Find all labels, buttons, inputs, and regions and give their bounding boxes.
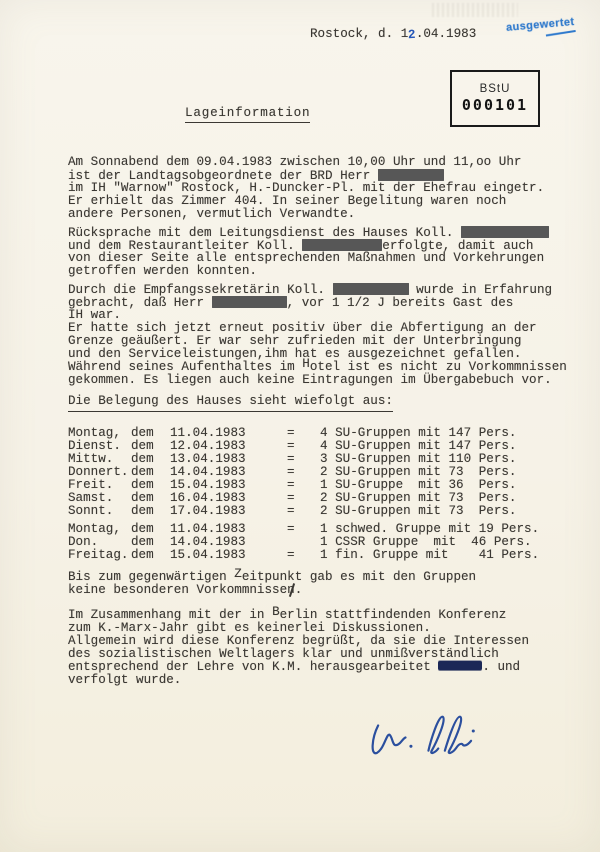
table-cell: Sonnt. — [68, 505, 131, 518]
handwritten-digit: 2 — [408, 28, 416, 42]
ausgewertet-stamp: ausgewertet — [506, 16, 575, 34]
table-cell: = — [287, 505, 320, 518]
table-cell: Montag, — [68, 523, 131, 536]
table-cell: 14.04.1983 — [170, 466, 287, 479]
section-heading: Die Belegung des Hauses sieht wiefolgt a… — [68, 394, 573, 412]
text-segment: IH war. — [68, 308, 121, 322]
occupancy-table: Montag,dem11.04.1983=1 schwed. Gruppe mi… — [68, 523, 573, 562]
table-cell: = — [287, 466, 320, 479]
text-segment: des sozialistischen Weltlagers klar und … — [68, 647, 499, 661]
table-row: Freitag.dem15.04.1983=1 fin. Gruppe mit … — [68, 549, 573, 562]
redaction-box — [302, 239, 382, 251]
table-cell: 3 SU-Gruppen mit 110 Pers. — [320, 453, 573, 466]
table-cell — [287, 536, 320, 549]
table-cell: dem — [131, 427, 170, 440]
table-cell: Freit. — [68, 479, 131, 492]
table-row: Freit.dem15.04.1983=1 SU-Gruppe mit 36 P… — [68, 479, 573, 492]
table-cell: dem — [131, 523, 170, 536]
table-row: Sonnt.dem17.04.1983=2 SU-Gruppen mit 73 … — [68, 505, 573, 518]
redaction-box — [378, 169, 444, 181]
text-segment: Im Zusammenhang mit der in — [68, 608, 272, 622]
table-cell: 1 fin. Gruppe mit 41 Pers. — [320, 549, 573, 562]
struck-character: n — [287, 584, 295, 597]
text-segment: getroffen werden konnten. — [68, 264, 257, 278]
table-cell: 13.04.1983 — [170, 453, 287, 466]
table-cell: Samst. — [68, 492, 131, 505]
table-cell: = — [287, 492, 320, 505]
redaction-box — [212, 296, 287, 308]
table-row: Donnert.dem14.04.1983=2 SU-Gruppen mit 7… — [68, 466, 573, 479]
table-cell: 14.04.1983 — [170, 536, 287, 549]
text-segment: von dieser Seite alle entsprechenden Maß… — [68, 251, 544, 265]
bstu-label: BStU — [480, 83, 511, 95]
dateline-prefix: Rostock, d. 1 — [310, 27, 408, 41]
raised-character: Z — [234, 567, 242, 581]
table-cell: Montag, — [68, 427, 131, 440]
text-segment: Während seines Aufenthaltes im — [68, 360, 302, 374]
text-line: gekommen. Es liegen auch keine Eintragun… — [68, 374, 573, 387]
text-segment: im IH "Warnow" Rostock, H.-Duncker-Pl. m… — [68, 181, 544, 195]
text-segment: . und — [482, 660, 520, 674]
table-cell: dem — [131, 479, 170, 492]
text-segment: Grenze geäußert. Er war sehr zufrieden m… — [68, 334, 521, 348]
table-row: Mittw.dem13.04.1983=3 SU-Gruppen mit 110… — [68, 453, 573, 466]
table-cell: 1 schwed. Gruppe mit 19 Pers. — [320, 523, 573, 536]
text-segment: otel ist es nicht zu Vorkommnissen — [310, 360, 567, 374]
table-cell: 11.04.1983 — [170, 523, 287, 536]
table-cell: Donnert. — [68, 466, 131, 479]
text-segment: erlin stattfindenden Konferenz — [280, 608, 507, 622]
paragraph: Im Zusammenhang mit der in Berlin stattf… — [68, 609, 573, 687]
text-line: Rücksprache mit dem Leitungsdienst des H… — [68, 226, 573, 239]
table-cell: 1 CSSR Gruppe mit 46 Pers. — [320, 536, 573, 549]
body-blocks: Am Sonnabend dem 09.04.1983 zwischen 10,… — [68, 156, 573, 687]
text-segment: Durch die Empfangssekretärin Koll. — [68, 283, 333, 297]
text-segment: andere Personen, vermutlich Verwandte. — [68, 207, 355, 221]
ink-scribble-redaction — [438, 661, 482, 670]
table-cell: = — [287, 440, 320, 453]
table-cell: 15.04.1983 — [170, 549, 287, 562]
text-segment: entsprechend der Lehre von K.M. herausge… — [68, 660, 438, 674]
dateline-suffix: .04.1983 — [416, 27, 476, 41]
text-segment: verfolgt wurde. — [68, 673, 181, 687]
text-line: verfolgt wurde. — [68, 674, 573, 687]
table-cell: 1 SU-Gruppe mit 36 Pers. — [320, 479, 573, 492]
table-row: Dienst.dem12.04.1983=4 SU-Gruppen mit 14… — [68, 440, 573, 453]
signature-autograph — [365, 703, 540, 783]
text-line: gebracht, daß Herr , vor 1 1/2 J bereits… — [68, 296, 573, 309]
table-row: Samst.dem16.04.1983=2 SU-Gruppen mit 73 … — [68, 492, 573, 505]
paragraph: Rücksprache mit dem Leitungsdienst des H… — [68, 226, 573, 278]
table-cell: 2 SU-Gruppen mit 73 Pers. — [320, 492, 573, 505]
text-segment: keine besonderen Vorkommnisse — [68, 583, 287, 597]
raised-character: B — [272, 605, 280, 619]
text-segment: . — [295, 583, 303, 597]
table-cell: Mittw. — [68, 453, 131, 466]
table-cell: 11.04.1983 — [170, 427, 287, 440]
redaction-box — [461, 226, 549, 238]
table-cell: 2 SU-Gruppen mit 73 Pers. — [320, 505, 573, 518]
text-line: getroffen werden konnten. — [68, 265, 573, 278]
table-cell: Dienst. — [68, 440, 131, 453]
table-cell: dem — [131, 453, 170, 466]
table-cell: = — [287, 549, 320, 562]
table-cell: 2 SU-Gruppen mit 73 Pers. — [320, 466, 573, 479]
paragraph: Durch die Empfangssekretärin Koll. wurde… — [68, 283, 573, 387]
table-cell: dem — [131, 492, 170, 505]
text-line: andere Personen, vermutlich Verwandte. — [68, 208, 573, 221]
text-segment: eitpunkt gab es mit den Gruppen — [242, 570, 476, 584]
table-cell: = — [287, 523, 320, 536]
dateline: Rostock, d. 12.04.1983 — [310, 27, 476, 41]
table-cell: = — [287, 427, 320, 440]
table-cell: dem — [131, 549, 170, 562]
table-cell: dem — [131, 505, 170, 518]
table-cell: 4 SU-Gruppen mit 147 Pers. — [320, 427, 573, 440]
raised-character: H — [302, 357, 310, 371]
table-cell: 4 SU-Gruppen mit 147 Pers. — [320, 440, 573, 453]
table-cell: dem — [131, 466, 170, 479]
text-segment: und den Serviceleistungen,ihm hat es aus… — [68, 347, 521, 361]
stamp-underline — [545, 30, 575, 37]
table-cell: dem — [131, 440, 170, 453]
text-segment: Bis zum gegenwärtigen — [68, 570, 234, 584]
table-cell: 16.04.1983 — [170, 492, 287, 505]
paragraph: Am Sonnabend dem 09.04.1983 zwischen 10,… — [68, 156, 573, 221]
table-row: Montag,dem11.04.1983=4 SU-Gruppen mit 14… — [68, 427, 573, 440]
text-segment: zum K.-Marx-Jahr gibt es keinerlei Disku… — [68, 621, 431, 635]
text-segment: Er erhielt das Zimmer 404. In seiner Beg… — [68, 194, 506, 208]
text-segment: Am Sonnabend dem 09.04.1983 zwischen 10,… — [68, 155, 521, 169]
table-cell: Don. — [68, 536, 131, 549]
table-cell: = — [287, 479, 320, 492]
paragraph: Bis zum gegenwärtigen Zeitpunkt gab es m… — [68, 571, 573, 597]
table-row: Don.dem14.04.19831 CSSR Gruppe mit 46 Pe… — [68, 536, 573, 549]
text-line: Die Belegung des Hauses sieht wiefolgt a… — [68, 395, 393, 412]
table-row: Montag,dem11.04.1983=1 schwed. Gruppe mi… — [68, 523, 573, 536]
page-title: Lageinformation — [185, 107, 310, 123]
text-segment: , vor 1 1/2 J bereits Gast des — [287, 296, 514, 310]
faint-ghost-marks — [432, 3, 518, 17]
text-segment: Rücksprache mit dem Leitungsdienst des H… — [68, 226, 461, 240]
table-cell: dem — [131, 536, 170, 549]
text-segment: wurde in Erfahrung — [409, 283, 553, 297]
table-cell: Freitag. — [68, 549, 131, 562]
table-cell: = — [287, 453, 320, 466]
text-segment: Er hatte sich jetzt erneut positiv über … — [68, 321, 537, 335]
document-body: Lageinformation Am Sonnabend dem 09.04.1… — [68, 106, 573, 687]
text-segment: gekommen. Es liegen auch keine Eintragun… — [68, 373, 552, 387]
redaction-box — [333, 283, 409, 295]
table-cell: 12.04.1983 — [170, 440, 287, 453]
table-cell: 17.04.1983 — [170, 505, 287, 518]
text-segment: Allgemein wird diese Konferenz begrüßt, … — [68, 634, 529, 648]
occupancy-table: Montag,dem11.04.1983=4 SU-Gruppen mit 14… — [68, 427, 573, 518]
text-line: keine besonderen Vorkommnissen. — [68, 584, 573, 597]
document-page: Rostock, d. 12.04.1983 ausgewertet BStU … — [0, 0, 600, 852]
table-cell: 15.04.1983 — [170, 479, 287, 492]
text-line: Am Sonnabend dem 09.04.1983 zwischen 10,… — [68, 156, 573, 169]
text-segment: Die Belegung des Hauses sieht wiefolgt a… — [68, 394, 393, 408]
text-line: Durch die Empfangssekretärin Koll. wurde… — [68, 283, 573, 296]
